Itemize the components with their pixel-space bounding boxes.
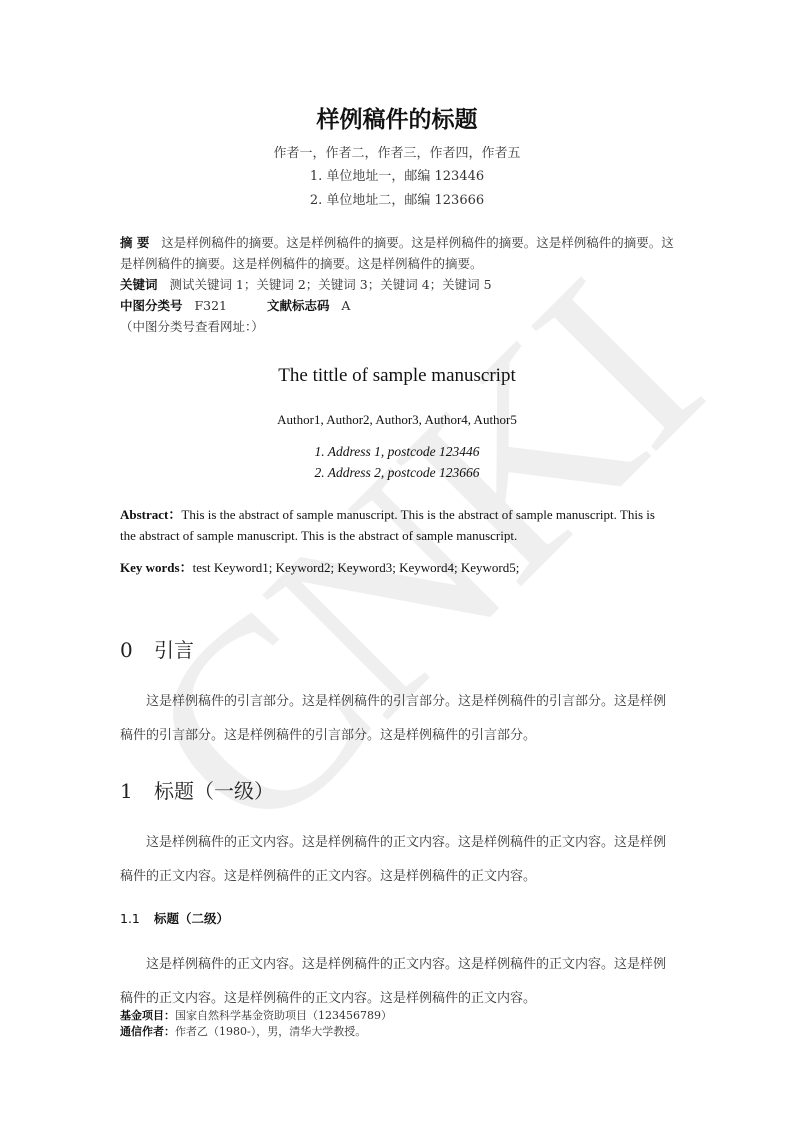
corresponding-author-footnote: 通信作者：作者乙（1980-），男，清华大学教授。	[120, 1024, 674, 1039]
section-number: 0	[120, 638, 154, 662]
section-0-paragraph: 这是样例稿件的引言部分。这是样例稿件的引言部分。这是样例稿件的引言部分。这是样例…	[120, 685, 674, 753]
chinese-keywords-text: 测试关键词 1；关键词 2；关键词 3；关键词 4；关键词 5	[169, 277, 491, 292]
chinese-address-2: 2. 单位地址二，邮编 123666	[120, 189, 674, 208]
english-abstract-label: Abstract：	[120, 507, 181, 522]
chinese-abstract-label: 摘 要	[120, 235, 149, 250]
chinese-abstract-text: 这是样例稿件的摘要。这是样例稿件的摘要。这是样例稿件的摘要。这是样例稿件的摘要。…	[120, 235, 674, 271]
fund-label: 基金项目：	[120, 1009, 175, 1022]
clc-lookup-note: （中图分类号查看网址：）	[120, 316, 674, 337]
section-heading-1: 1标题（一级）	[120, 775, 674, 804]
english-keywords: Key words：test Keyword1; Keyword2; Keywo…	[120, 557, 674, 578]
english-authors: Author1, Author2, Author3, Author4, Auth…	[120, 412, 674, 428]
chinese-address-1: 1. 单位地址一，邮编 123446	[120, 165, 674, 184]
fund-footnote: 基金项目：国家自然科学基金资助项目（123456789）	[120, 1008, 674, 1023]
section-heading-0: 0引言	[120, 634, 674, 663]
chinese-authors: 作者一，作者二，作者三，作者四，作者五	[120, 142, 674, 161]
chinese-abstract: 摘 要 这是样例稿件的摘要。这是样例稿件的摘要。这是样例稿件的摘要。这是样例稿件…	[120, 232, 674, 274]
english-keywords-text: test Keyword1; Keyword2; Keyword3; Keywo…	[193, 560, 520, 575]
clc-label: 中图分类号	[120, 298, 183, 313]
chinese-title: 样例稿件的标题	[120, 101, 674, 134]
doc-code-value: A	[341, 298, 350, 313]
subsection-title: 标题（二级）	[154, 911, 229, 926]
section-number: 1	[120, 779, 154, 803]
chinese-keywords-label: 关键词	[120, 277, 158, 292]
classification-row: 中图分类号 F321文献标志码 A	[120, 295, 674, 316]
corresponding-text: 作者乙（1980-），男，清华大学教授。	[175, 1025, 366, 1038]
doc-code-label: 文献标志码	[267, 298, 330, 313]
english-address-2: 2. Address 2, postcode 123666	[120, 465, 674, 481]
section-title: 标题（一级）	[154, 779, 274, 803]
fund-text: 国家自然科学基金资助项目（123456789）	[175, 1009, 392, 1022]
english-title: The tittle of sample manuscript	[120, 365, 674, 387]
subsection-heading-1-1: 1.1标题（二级）	[120, 909, 674, 927]
subsection-number: 1.1	[120, 911, 154, 926]
section-1-paragraph: 这是样例稿件的正文内容。这是样例稿件的正文内容。这是样例稿件的正文内容。这是样例…	[120, 826, 674, 894]
corresponding-label: 通信作者：	[120, 1025, 175, 1038]
clc-value: F321	[194, 298, 227, 313]
english-abstract: Abstract：This is the abstract of sample …	[120, 504, 674, 546]
chinese-keywords: 关键词 测试关键词 1；关键词 2；关键词 3；关键词 4；关键词 5	[120, 274, 674, 295]
section-title: 引言	[154, 638, 194, 662]
english-address-1: 1. Address 1, postcode 123446	[120, 444, 674, 460]
subsection-1-1-paragraph: 这是样例稿件的正文内容。这是样例稿件的正文内容。这是样例稿件的正文内容。这是样例…	[120, 948, 674, 1016]
english-abstract-text: This is the abstract of sample manuscrip…	[120, 507, 655, 543]
english-keywords-label: Key words：	[120, 560, 193, 575]
